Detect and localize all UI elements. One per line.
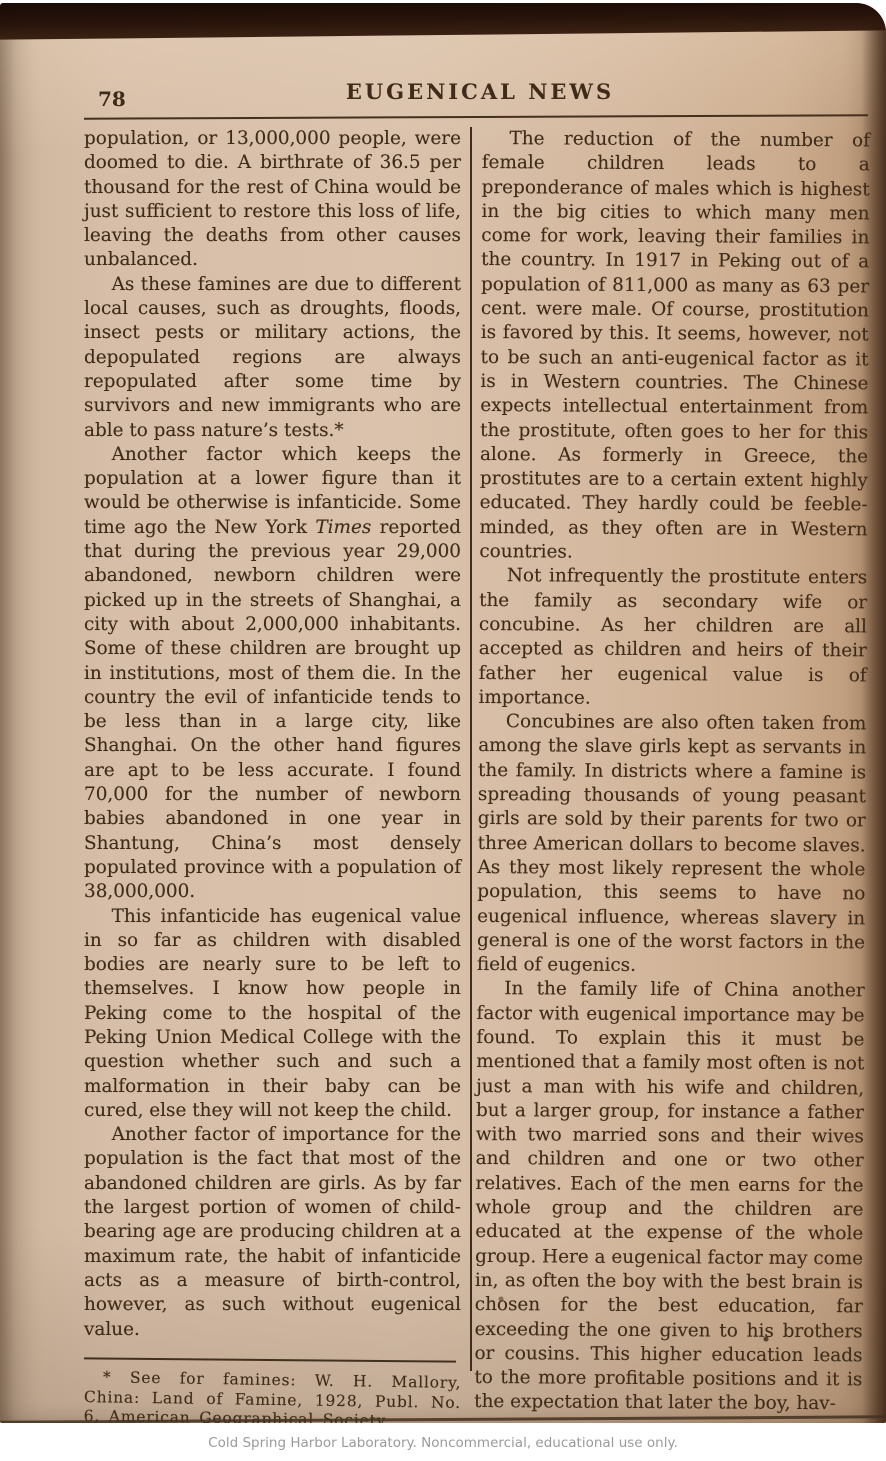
- paragraph: Not infrequently the prostitute enters t…: [478, 564, 867, 712]
- paragraph: Another factor which keeps the populatio…: [84, 443, 461, 905]
- paragraph: This infanticide has eugenical value in …: [84, 905, 461, 1124]
- book-top-edge: [0, 3, 886, 40]
- column-divider: [470, 127, 472, 1371]
- page-scan: 78 EUGENICAL NEWS population, or 13,000,…: [0, 3, 886, 1423]
- right-column: The reduction of the number of female ch…: [474, 127, 870, 1417]
- footnote: * See for famines: W. H. Mallory, China:…: [84, 1368, 462, 1423]
- right-column-text: The reduction of the number of female ch…: [474, 127, 870, 1417]
- scan-footer-area: Cold Spring Harbor Laboratory. Noncommer…: [0, 1425, 886, 1461]
- journal-header-title: EUGENICAL NEWS: [90, 79, 870, 104]
- footnote-rule: [84, 1357, 456, 1362]
- paragraph: As these famines are due to different lo…: [84, 273, 461, 443]
- header-rule: [84, 114, 868, 119]
- paragraph: The reduction of the number of female ch…: [479, 127, 870, 567]
- left-column: population, or 13,000,000 people, were d…: [84, 127, 461, 1423]
- paragraph: In the family life of China another fact…: [474, 977, 865, 1417]
- left-column-text: population, or 13,000,000 people, were d…: [84, 127, 461, 1342]
- paragraph: Concubines are also often taken from amo…: [477, 710, 867, 980]
- paragraph: population, or 13,000,000 people, were d…: [84, 127, 461, 273]
- paragraph: Another factor of importance for the pop…: [84, 1123, 461, 1342]
- usage-notice: Cold Spring Harbor Laboratory. Noncommer…: [0, 1435, 886, 1451]
- text-columns: population, or 13,000,000 people, were d…: [84, 127, 870, 1423]
